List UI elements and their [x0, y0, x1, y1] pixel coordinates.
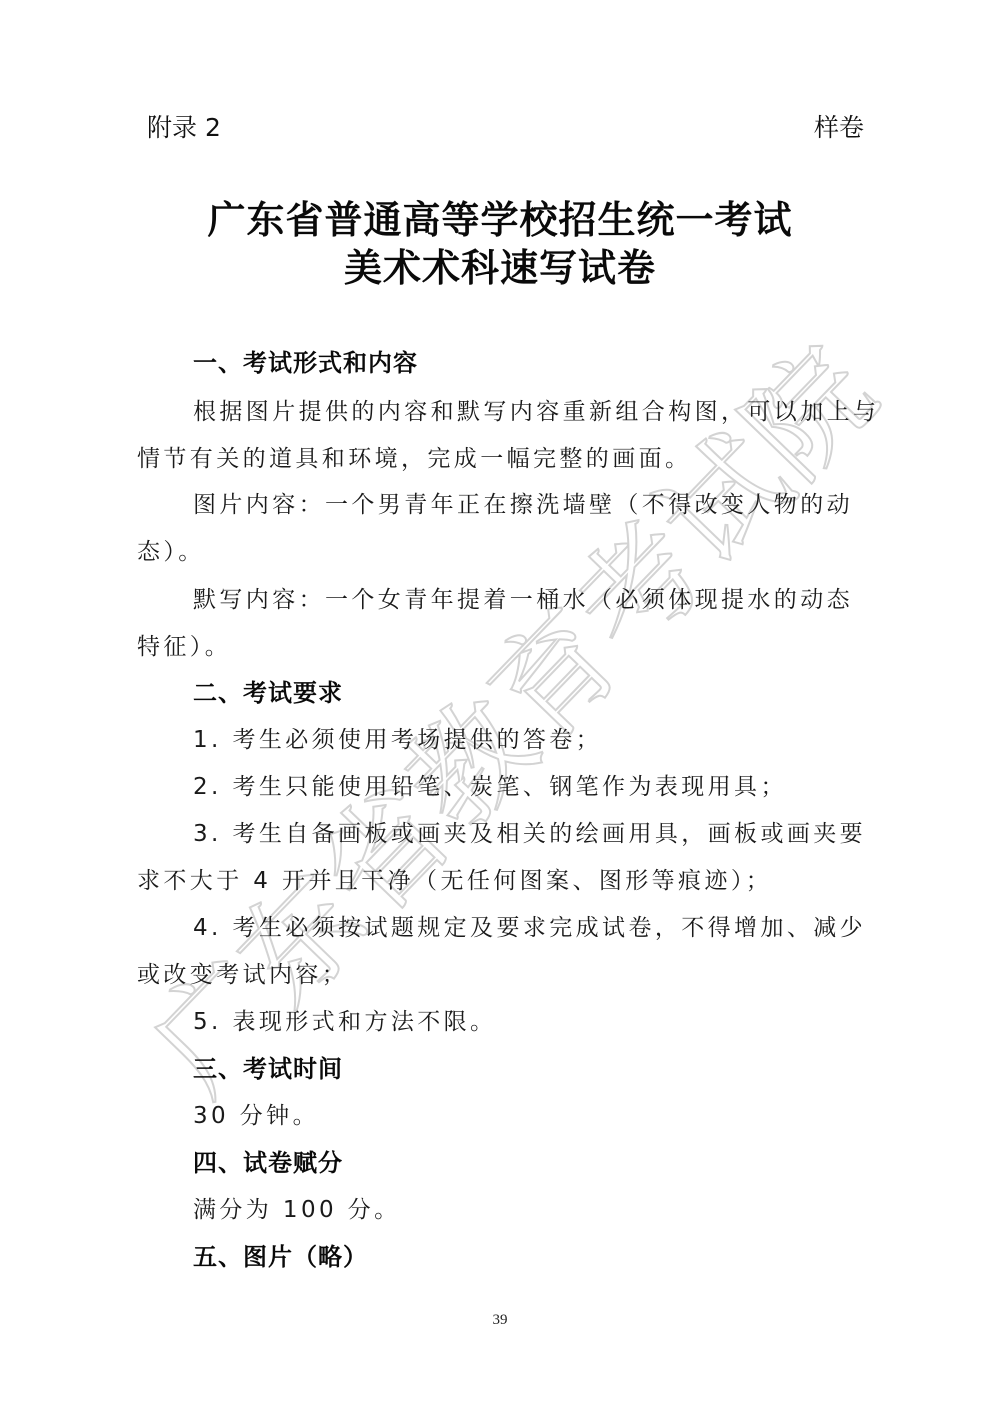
paragraph-line: 情节有关的道具和环境，完成一幅完整的画面。 — [137, 444, 877, 474]
section-heading-form-content: 一、考试形式和内容 — [193, 348, 933, 378]
list-item: 2. 考生只能使用铅笔、炭笔、钢笔作为表现用具； — [193, 772, 933, 802]
list-item-continuation: 求不大于 4 开并且干净（无任何图案、图形等痕迹）； — [137, 866, 877, 896]
list-item: 1. 考生必须使用考场提供的答卷； — [193, 725, 933, 755]
paragraph-line: 根据图片提供的内容和默写内容重新组合构图，可以加上与 — [193, 397, 933, 427]
sample-label: 样卷 — [814, 112, 864, 144]
exam-time-value: 30 分钟。 — [193, 1101, 933, 1131]
page-title-line-1: 广东省普通高等学校招生统一考试 — [0, 196, 1000, 244]
page-title-line-2: 美术术科速写试卷 — [0, 244, 1000, 292]
section-heading-images: 五、图片（略） — [193, 1242, 933, 1272]
page-content: 附录 2 样卷 广东省普通高等学校招生统一考试 美术术科速写试卷 一、考试形式和… — [0, 0, 1000, 1414]
paragraph-line: 默写内容：一个女青年提着一桶水（必须体现提水的动态 — [193, 585, 933, 615]
section-heading-requirements: 二、考试要求 — [193, 678, 933, 708]
paragraph-line: 态）。 — [137, 537, 877, 567]
section-heading-scoring: 四、试卷赋分 — [193, 1148, 933, 1178]
list-item-continuation: 或改变考试内容； — [137, 960, 877, 990]
page-number: 39 — [0, 1312, 1000, 1329]
list-item: 4. 考生必须按试题规定及要求完成试卷，不得增加、减少 — [193, 913, 933, 943]
paragraph-line: 图片内容：一个男青年正在擦洗墙壁（不得改变人物的动 — [193, 490, 933, 520]
appendix-label: 附录 2 — [147, 112, 221, 144]
paragraph-line: 特征）。 — [137, 632, 877, 662]
section-heading-exam-time: 三、考试时间 — [193, 1054, 933, 1084]
full-score-value: 满分为 100 分。 — [193, 1195, 933, 1225]
list-item: 5. 表现形式和方法不限。 — [193, 1007, 933, 1037]
document-page: 广东省教育考试院 附录 2 样卷 广东省普通高等学校招生统一考试 美术术科速写试… — [0, 0, 1000, 1414]
list-item: 3. 考生自备画板或画夹及相关的绘画用具，画板或画夹要 — [193, 819, 933, 849]
